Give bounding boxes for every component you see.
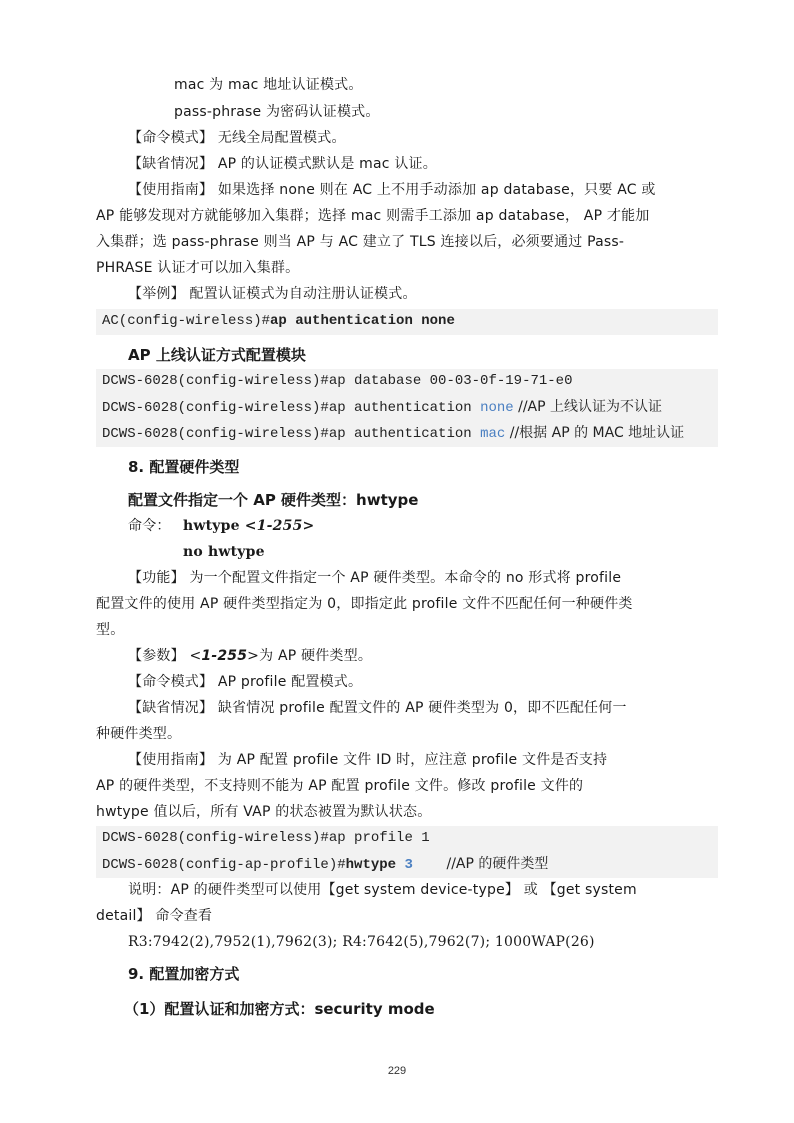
code-prefix: DCWS-6028(config-ap-profile)# bbox=[102, 857, 346, 873]
code-command: ap authentication none bbox=[270, 313, 455, 329]
code-line: DCWS-6028(config-ap-profile)#hwtype 3 //… bbox=[102, 855, 548, 874]
command-no-form: no hwtype bbox=[183, 543, 265, 561]
command-arg: 1-255 bbox=[257, 518, 303, 534]
paragraph-passphrase-mode: pass-phrase 为密码认证模式。 bbox=[174, 103, 380, 121]
param-rest: >为 AP 硬件类型。 bbox=[247, 648, 372, 664]
command-name: hwtype < bbox=[183, 518, 257, 534]
section-8-title: 8. 配置硬件类型 bbox=[128, 457, 239, 477]
function-line3: 型。 bbox=[96, 621, 124, 639]
code-text: DCWS-6028(config-wireless)#ap database 0… bbox=[102, 373, 572, 389]
code-highlight: none bbox=[480, 400, 514, 416]
code-line: DCWS-6028(config-wireless)#ap profile 1 bbox=[102, 829, 430, 847]
param-label: 【参数】 < bbox=[128, 648, 201, 664]
code-line: DCWS-6028(config-wireless)#ap authentica… bbox=[102, 398, 662, 417]
module-heading: AP 上线认证方式配置模块 bbox=[128, 345, 306, 365]
paragraph-guide-line3: 入集群；选 pass-phrase 则当 AP 与 AC 建立了 TLS 连接以… bbox=[96, 233, 624, 251]
code-line-example: AC(config-wireless)#ap authentication no… bbox=[102, 312, 455, 330]
code-command: hwtype bbox=[346, 857, 396, 873]
mode-line: 【命令模式】 AP profile 配置模式。 bbox=[128, 673, 362, 691]
default-line2: 种硬件类型。 bbox=[96, 725, 181, 743]
note-line1: 说明：AP 的硬件类型可以使用【get system device-type】 … bbox=[128, 881, 637, 899]
guide-line3: hwtype 值以后，所有 VAP 的状态被置为默认状态。 bbox=[96, 803, 431, 821]
command-end: > bbox=[303, 518, 315, 534]
command-syntax: hwtype <1-255> bbox=[183, 517, 314, 535]
guide-line1: 【使用指南】 为 AP 配置 profile 文件 ID 时，应注意 profi… bbox=[128, 751, 607, 769]
paragraph-command-mode: 【命令模式】 无线全局配置模式。 bbox=[128, 129, 346, 147]
code-comment: //根据 AP 的 MAC 地址认证 bbox=[505, 425, 684, 441]
section-8-subtitle: 配置文件指定一个 AP 硬件类型：hwtype bbox=[128, 490, 418, 510]
code-value: 3 bbox=[404, 857, 412, 873]
code-text: DCWS-6028(config-wireless)#ap authentica… bbox=[102, 400, 480, 416]
note-line3: R3:7942(2),7952(1),7962(3); R4:7642(5),7… bbox=[128, 933, 595, 951]
function-line1: 【功能】 为一个配置文件指定一个 AP 硬件类型。本命令的 no 形式将 pro… bbox=[128, 569, 621, 587]
code-highlight: mac bbox=[480, 426, 505, 442]
code-prefix: AC(config-wireless)# bbox=[102, 313, 270, 329]
paragraph-guide-line1: 【使用指南】 如果选择 none 则在 AC 上不用手动添加 ap databa… bbox=[128, 181, 656, 199]
param-arg: 1-255 bbox=[201, 648, 247, 664]
paragraph-guide-line4: PHRASE 认证才可以加入集群。 bbox=[96, 259, 299, 277]
command-label: 命令： bbox=[128, 517, 171, 535]
note-line2: detail】 命令查看 bbox=[96, 907, 212, 925]
code-comment: //AP 的硬件类型 bbox=[446, 856, 548, 872]
code-line: DCWS-6028(config-wireless)#ap authentica… bbox=[102, 424, 684, 443]
param-line: 【参数】 <1-255>为 AP 硬件类型。 bbox=[128, 647, 372, 665]
default-line1: 【缺省情况】 缺省情况 profile 配置文件的 AP 硬件类型为 0，即不匹… bbox=[128, 699, 627, 717]
paragraph-example: 【举例】 配置认证模式为自动注册认证模式。 bbox=[128, 285, 417, 303]
function-line2: 配置文件的使用 AP 硬件类型指定为 0，即指定此 profile 文件不匹配任… bbox=[96, 595, 633, 613]
guide-line2: AP 的硬件类型，不支持则不能为 AP 配置 profile 文件。修改 pro… bbox=[96, 777, 583, 795]
paragraph-guide-line2: AP 能够发现对方就能够加入集群；选择 mac 则需手工添加 ap databa… bbox=[96, 207, 649, 225]
code-text: DCWS-6028(config-wireless)#ap authentica… bbox=[102, 426, 480, 442]
paragraph-default: 【缺省情况】 AP 的认证模式默认是 mac 认证。 bbox=[128, 155, 437, 173]
section-9-subtitle: （1）配置认证和加密方式：security mode bbox=[124, 999, 435, 1019]
page-number: 229 bbox=[0, 1065, 794, 1077]
section-9-title: 9. 配置加密方式 bbox=[128, 964, 239, 984]
code-line: DCWS-6028(config-wireless)#ap database 0… bbox=[102, 372, 572, 390]
paragraph-mac-mode: mac 为 mac 地址认证模式。 bbox=[174, 76, 363, 94]
code-comment: //AP 上线认证为不认证 bbox=[514, 399, 662, 415]
